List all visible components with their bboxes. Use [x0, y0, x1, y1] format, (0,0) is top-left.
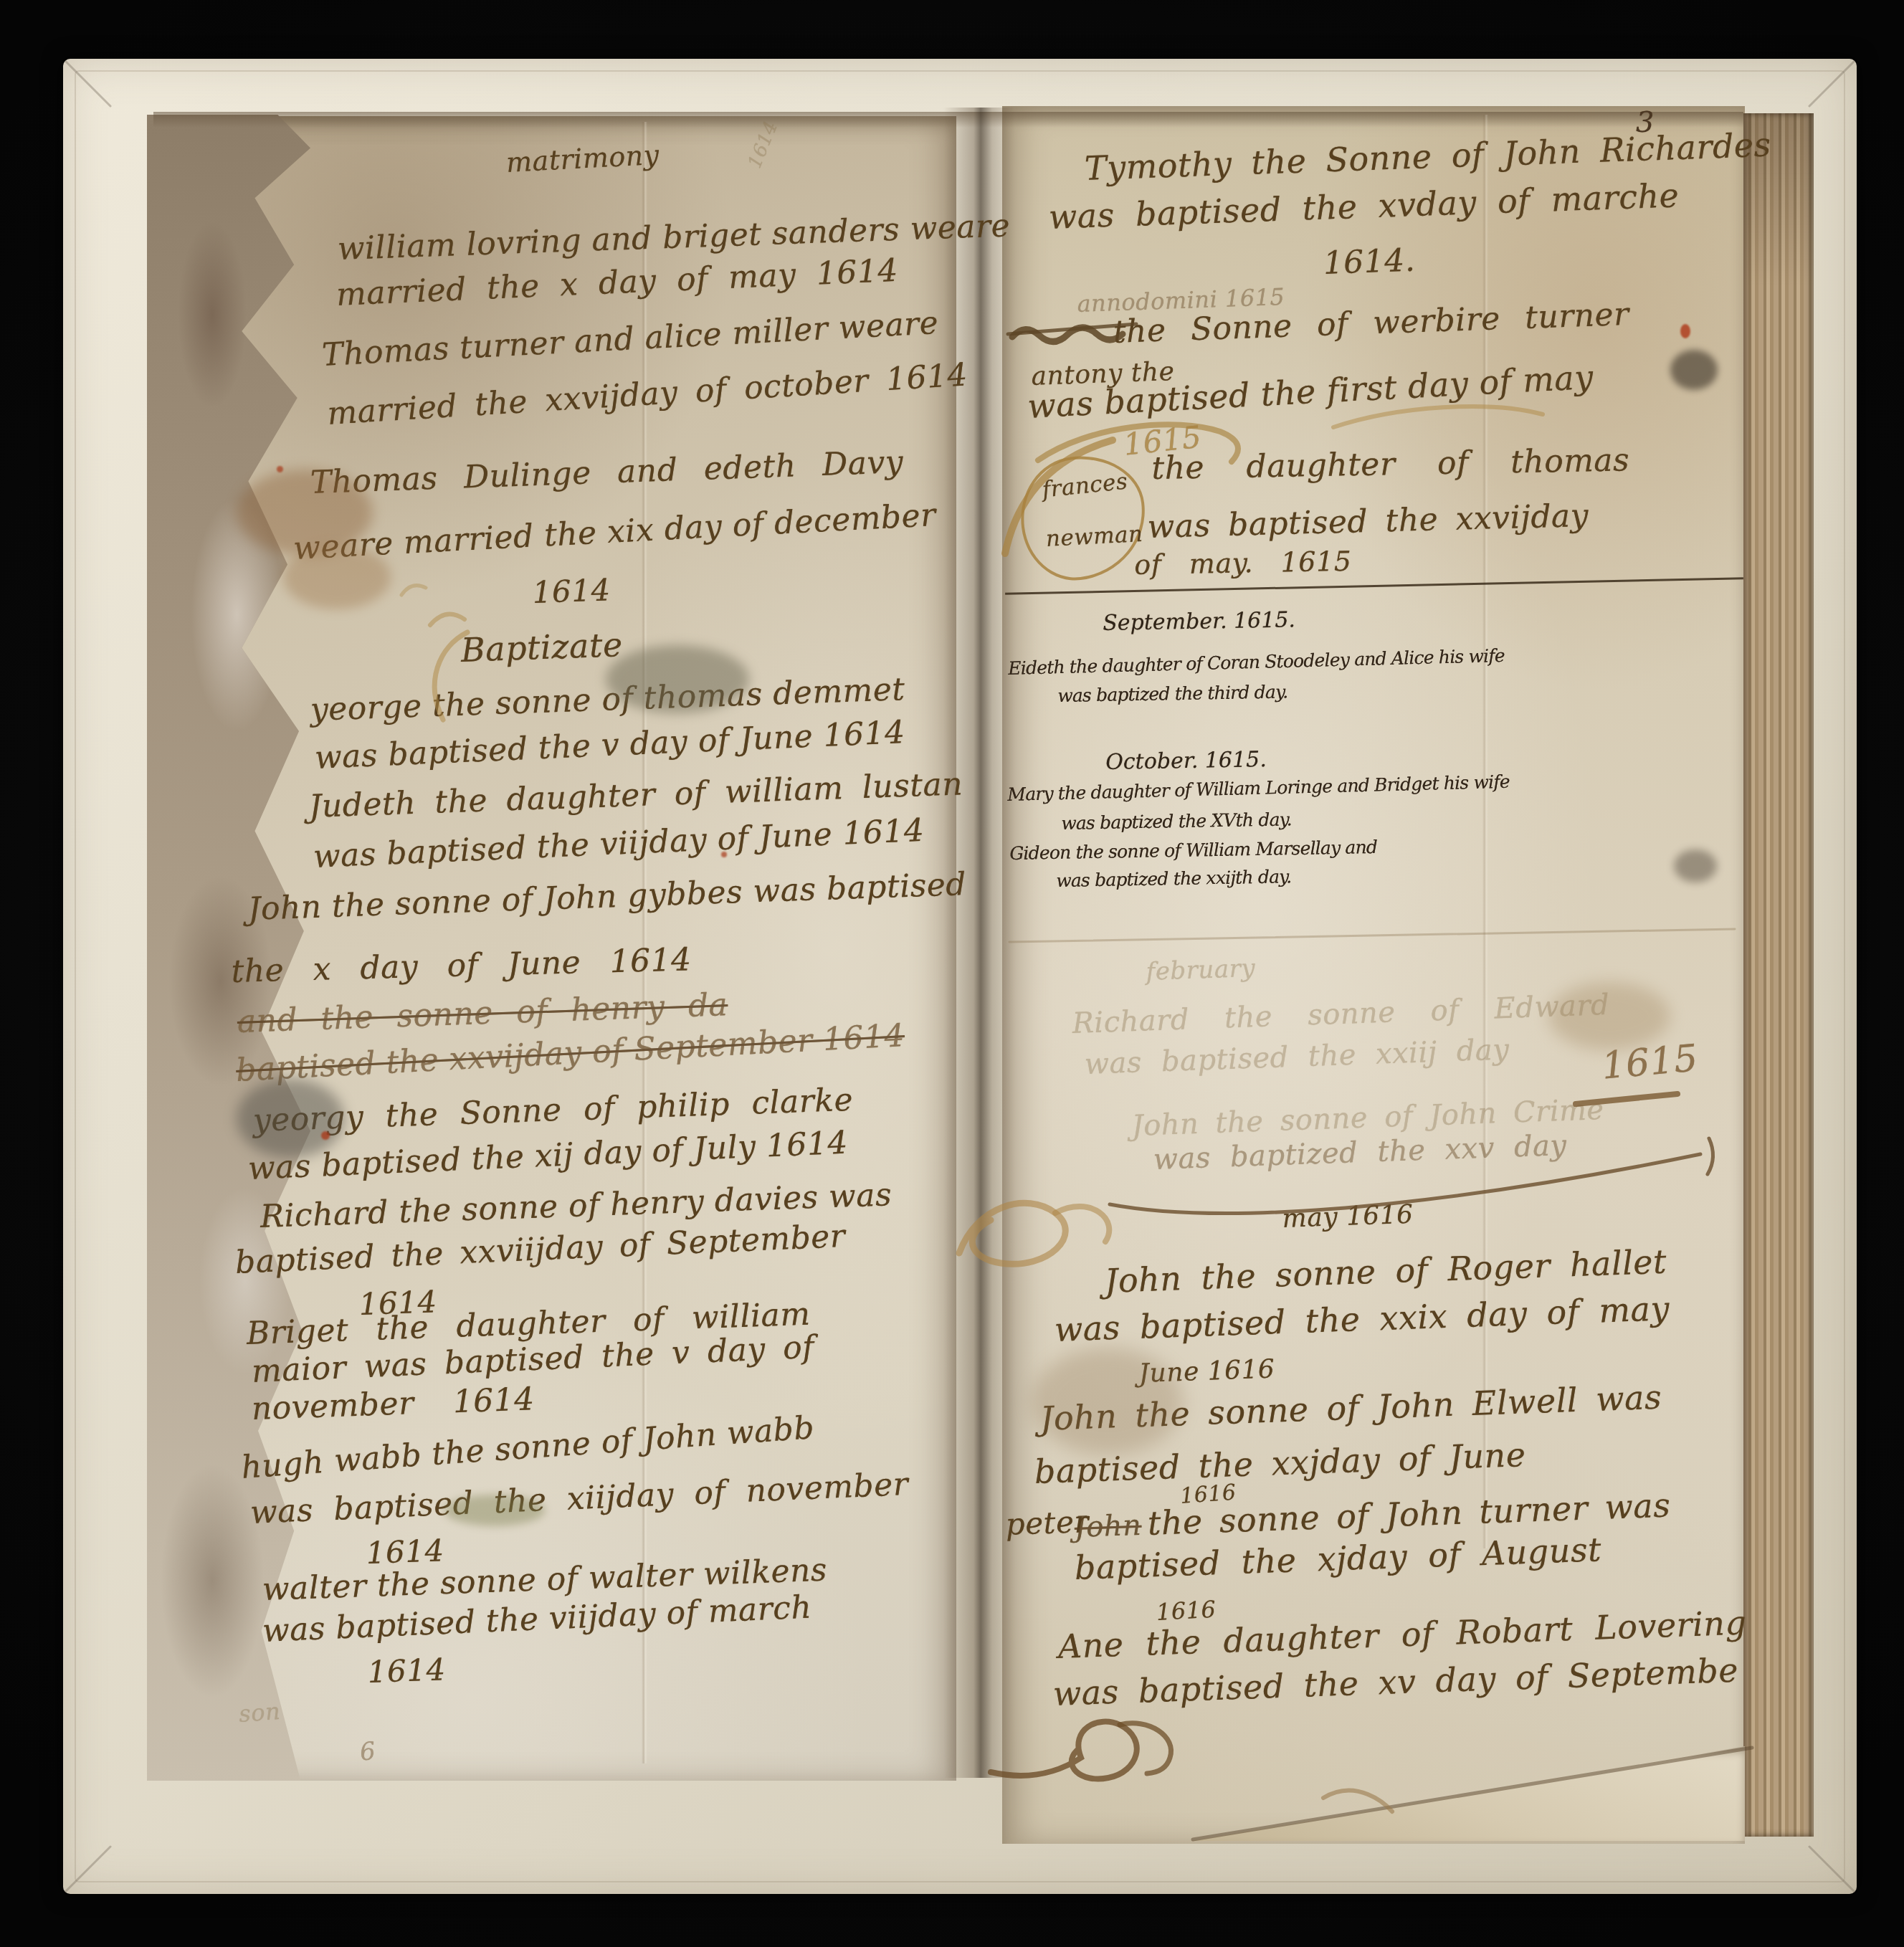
ink-blot-black	[1670, 350, 1718, 390]
stain-brown	[1032, 1348, 1183, 1455]
page-block-fore-edge	[1743, 113, 1814, 1837]
baptism-entry-year: 1614.	[1323, 242, 1416, 282]
baptism-entry-line: was baptized the xxijth day.	[1056, 866, 1292, 891]
baptism-section-header: Baptizate	[460, 625, 623, 670]
baptism-entry-line: of may. 1615	[1134, 546, 1352, 581]
marriage-entry-year: 1614	[532, 572, 611, 610]
stain-brown	[283, 545, 391, 609]
red-speck	[321, 1131, 330, 1140]
smudge-olive	[606, 645, 749, 713]
photo-backdrop: matrimony 1614 william lovring and brige…	[0, 0, 1904, 1947]
red-speck	[277, 466, 283, 472]
stain-brown	[237, 470, 373, 556]
red-speck	[1680, 324, 1690, 338]
smudge-green	[444, 1495, 545, 1526]
smudge-dark	[237, 1079, 344, 1158]
month-header-october: October. 1615.	[1105, 747, 1267, 775]
month-header-may: may 1616	[1282, 1200, 1414, 1234]
stain-brown	[1548, 982, 1670, 1050]
smudge-dark	[1674, 849, 1717, 882]
baptism-entry-year: 1614	[367, 1652, 447, 1690]
circled-name: newman	[1045, 521, 1143, 552]
red-speck	[721, 852, 727, 857]
month-header-february: february	[1146, 954, 1256, 986]
baptism-entry-year: 1616	[1156, 1596, 1217, 1626]
baptism-entry-line: was baptized the third day.	[1057, 681, 1287, 706]
baptism-entry-line: was baptized the XVth day.	[1061, 809, 1292, 834]
left-page-mark: 6	[358, 1737, 377, 1767]
month-header-september: September. 1615.	[1103, 607, 1295, 636]
struck-name: John	[1074, 1509, 1142, 1544]
footer-note: son	[238, 1698, 281, 1728]
